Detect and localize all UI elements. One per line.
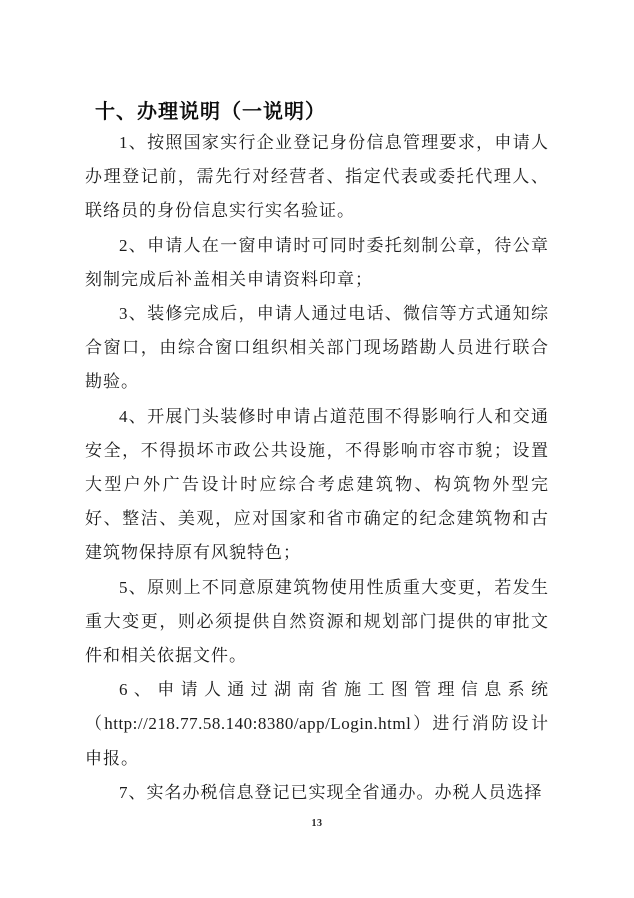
paragraph-6-lead: 6、申请人通过湖南省施工图管理信息系统 [119, 680, 549, 699]
page-number: 13 [0, 818, 634, 829]
paragraph-3: 3、装修完成后，申请人通过电话、微信等方式通知综合窗口，由综合窗口组织相关部门现… [85, 297, 549, 400]
paragraph-7: 7、实名办税信息登记已实现全省通办。办税人员选择 [85, 776, 549, 810]
paragraph-6: 6、申请人通过湖南省施工图管理信息系统（http://218.77.58.140… [85, 673, 549, 776]
document-body: 1、按照国家实行企业登记身份信息管理要求，申请人办理登记前，需先行对经营者、指定… [85, 126, 549, 810]
paragraph-6-url: （http://218.77.58.140:8380/app/Login.htm… [85, 714, 432, 733]
section-heading: 十、办理说明（一说明） [95, 100, 326, 124]
paragraph-2: 2、申请人在一窗申请时可同时委托刻制公章，待公章刻制完成后补盖相关申请资料印章； [85, 229, 549, 297]
paragraph-4: 4、开展门头装修时申请占道范围不得影响行人和交通安全，不得损坏市政公共设施，不得… [85, 400, 549, 571]
paragraph-1: 1、按照国家实行企业登记身份信息管理要求，申请人办理登记前，需先行对经营者、指定… [85, 126, 549, 229]
paragraph-5: 5、原则上不同意原建筑物使用性质重大变更，若发生重大变更，则必须提供自然资源和规… [85, 571, 549, 674]
document-page: 十、办理说明（一说明） 1、按照国家实行企业登记身份信息管理要求，申请人办理登记… [0, 0, 634, 898]
